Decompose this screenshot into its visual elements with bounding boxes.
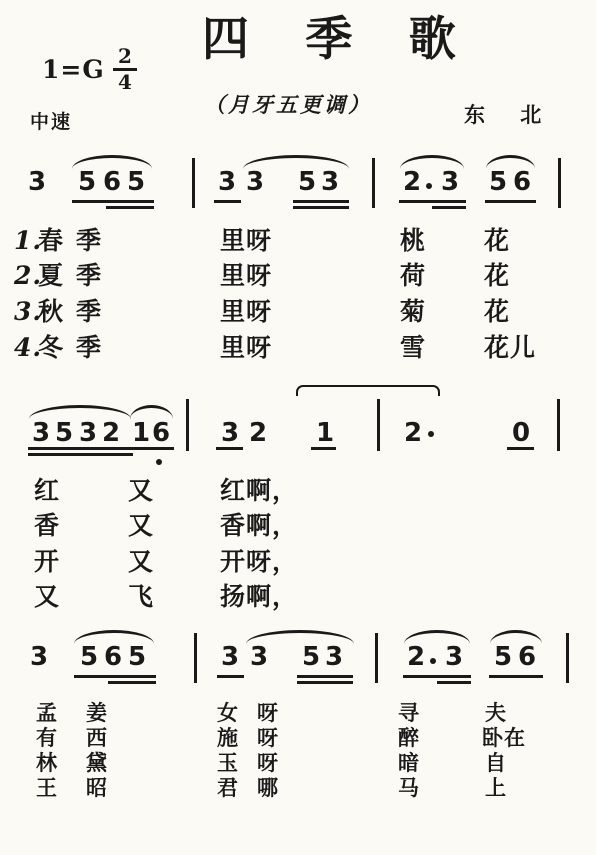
note-digit: 3 [30,644,48,670]
lyric-cell: 又 [128,513,154,538]
duration-underline [214,200,241,203]
tie-arc [296,385,440,396]
lyric-cell: 扬啊， [220,584,298,609]
duration-underline [399,200,466,203]
note-digit: 5 [494,644,512,670]
lyric-cell: 西 [86,727,108,748]
note-digit: 5 [80,644,98,670]
barline [194,633,197,683]
lyric-cell: 寻 [398,702,420,723]
time-signature: 2 4 [110,46,140,93]
lyric-cell: 雪 [400,335,426,360]
duration-underline [311,447,336,450]
note-digit: 3 [79,420,97,446]
time-signature-denominator: 4 [110,72,140,93]
tempo-label: 中速 [30,113,72,132]
lyric-cell: 又 [128,549,154,574]
note-digit: 3 [221,644,239,670]
lyric-cell: 君 [217,777,239,798]
note-digit: 3 [28,169,46,195]
slur-arc [29,405,131,419]
lyric-cell: 开呀， [220,549,298,574]
lyric-cell: 又 [34,584,60,609]
note-digit: 5 [302,644,320,670]
lyric-cell: 飞 [128,584,154,609]
note-digit: 2 [407,644,425,670]
duration-underline [293,206,349,209]
lyric-cell: 有 [36,727,58,748]
duration-underline [293,200,349,203]
duration-underline [437,681,471,684]
lyric-cell: 王 [36,777,58,798]
lyric-cell: 里呀 [220,335,272,360]
lyric-cell: 黛 [86,752,108,773]
barline [186,399,189,451]
lyric-cell: 孟 [36,702,58,723]
lyric-cell: 里呀 [220,263,272,288]
note-digit: 2 [249,420,267,446]
region-label: 东 北 [464,104,541,125]
lyric-cell: 菊 [400,299,426,324]
tune-subtitle: （月牙五更调） [204,94,372,115]
note-digit: 5 [55,420,73,446]
duration-underline [74,675,156,678]
note-digit: 1 [132,420,150,446]
note-digit: 3 [246,169,264,195]
lyric-cell: 女 [217,702,239,723]
lyric-cell: 玉 [217,752,239,773]
lyric-cell: 季 [76,228,102,253]
lyric-cell: 哪 [257,777,279,798]
note-digit: 5 [127,169,145,195]
lyric-cell: 林 [36,752,58,773]
lyric-cell: 红啊， [220,478,298,503]
note-digit: 1 [316,420,334,446]
note-digit: 3 [441,169,459,195]
lyric-cell: 香 [34,513,60,538]
note-digit: 3 [32,420,50,446]
note-digit: 2 [403,169,421,195]
lyric-cell: 花 [484,228,510,253]
lyric-cell: 夏 [38,263,64,288]
lyric-cell: 春 [38,228,64,253]
slur-arc [130,405,173,419]
duration-underline [507,447,534,450]
lyric-cell: 自 [485,752,507,773]
note-digit: 6 [518,644,536,670]
note-digit: 3 [445,644,463,670]
time-signature-numerator: 2 [110,46,140,67]
lyric-cell: 姜 [86,702,108,723]
lyric-cell: 季 [76,263,102,288]
barline [557,399,560,451]
lyric-cell: 卧在 [482,727,526,748]
duration-underline [432,206,466,209]
note-digit: 3 [218,169,236,195]
duration-underline [297,681,353,684]
key-signature: 1=G [42,57,105,82]
note-digit: 5 [128,644,146,670]
dot [430,658,436,664]
duration-underline [108,681,156,684]
note-digit: 6 [104,644,122,670]
lyric-cell: 醉 [398,727,420,748]
lyric-cell: 季 [76,335,102,360]
duration-underline [28,447,133,450]
duration-underline [72,200,154,203]
note-digit: 2 [102,420,120,446]
note-digit: 5 [298,169,316,195]
lyric-cell: 又 [128,478,154,503]
lyric-cell: 暗 [398,752,420,773]
duration-underline [403,675,471,678]
lyric-cell: 施 [217,727,239,748]
lyric-cell: 呀 [257,727,279,748]
lyric-cell: 开 [34,549,60,574]
sheet-music-page: 1=G 2 4 四 季 歌 （月牙五更调） 东 北 中速 35653353235… [0,0,596,855]
lyric-cell: 桃 [400,228,426,253]
duration-underline [28,453,133,456]
duration-underline [216,447,243,450]
note-digit: 2 [404,420,422,446]
dot [426,183,432,189]
barline [375,633,378,683]
note-digit: 3 [321,169,339,195]
note-digit: 6 [152,420,170,446]
lyric-cell: 昭 [86,777,108,798]
lyric-cell: 夫 [485,702,507,723]
note-digit: 6 [513,169,531,195]
lyric-cell: 呀 [257,702,279,723]
lyric-cell: 荷 [400,263,426,288]
note-digit: 6 [103,169,121,195]
duration-underline [489,675,543,678]
dot [156,459,162,465]
barline [192,158,195,208]
duration-underline [297,675,353,678]
lyric-cell: 香啊， [220,513,298,538]
music-line: 35321632120 [0,385,596,480]
song-title: 四 季 歌 [202,16,468,63]
lyric-cell: 呀 [257,752,279,773]
lyric-cell: 上 [485,777,507,798]
duration-underline [129,447,174,450]
lyric-cell: 花 [484,299,510,324]
dot [428,431,434,437]
lyric-cell: 马 [398,777,420,798]
note-digit: 3 [325,644,343,670]
lyric-cell: 里呀 [220,228,272,253]
lyric-cell: 秋 [38,299,64,324]
lyric-cell: 红 [34,478,60,503]
barline [377,399,380,451]
note-digit: 3 [250,644,268,670]
barline [566,633,569,683]
barline [372,158,375,208]
note-digit: 5 [489,169,507,195]
note-digit: 3 [221,420,239,446]
duration-underline [485,200,536,203]
lyric-cell: 季 [76,299,102,324]
lyric-cell: 花 [484,263,510,288]
rest-digit: 0 [512,420,530,446]
duration-underline [106,206,154,209]
lyric-cell: 花儿 [484,335,536,360]
lyric-cell: 冬 [38,335,64,360]
lyric-cell: 里呀 [220,299,272,324]
barline [558,158,561,208]
note-digit: 5 [78,169,96,195]
duration-underline [217,675,244,678]
